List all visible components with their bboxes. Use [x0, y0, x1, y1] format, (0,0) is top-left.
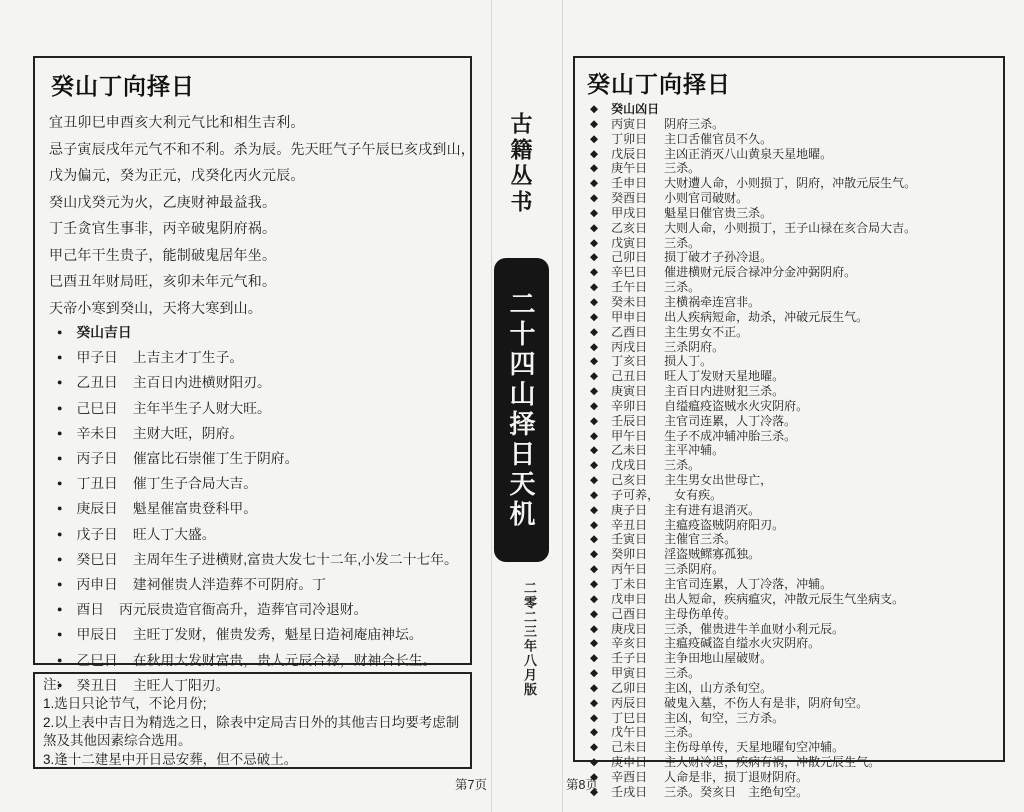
left-page-main-box: 癸山丁向择日 宜丑卯巳申酉亥大利元气比和相生吉利。忌子寅辰戌年元气不和不利。杀为…: [33, 56, 472, 665]
day-description: 三杀。: [664, 459, 700, 473]
day-description: 上吉主才丁生子。: [133, 346, 243, 370]
bullet-icon: ◆: [590, 222, 598, 236]
list-item: ◆己丑日旺人丁发财天星地曜。: [585, 370, 995, 385]
list-item: ●辛未日主财大旺，阴府。: [49, 422, 460, 447]
day-description: 主凶，旬空，三方杀。: [664, 712, 784, 726]
day-name: 壬申日: [611, 177, 649, 191]
bullet-icon: ◆: [590, 103, 598, 117]
list-item: ●丙申日建祠催贵人泮造葬不可阴府。丁: [49, 573, 460, 598]
bullet-icon: ◆: [590, 593, 598, 607]
bullet-icon: ◆: [590, 504, 598, 518]
day-name: 戊午日: [611, 726, 649, 740]
list-item: ◆甲戌日魁星日催官贵三杀。: [585, 207, 995, 222]
bullet-icon: ●: [57, 547, 62, 571]
day-name: 辛卯日: [611, 400, 649, 414]
right-page-title: 癸山丁向择日: [587, 66, 995, 99]
list-item: ◆丁卯日主口舌催官员不久。: [585, 133, 995, 148]
day-description: 三杀。: [664, 667, 700, 681]
day-description: 主有进有退消灭。: [664, 504, 760, 518]
list-item: ◆己亥日主生男女出世母亡，: [585, 474, 995, 489]
day-name: 丙午日: [611, 563, 649, 577]
day-name: 辛未日: [76, 422, 117, 446]
day-description: 旺人丁发财天星地曜。: [664, 370, 784, 384]
day-name: 丁丑日: [76, 472, 117, 496]
day-name: 庚辰日: [76, 497, 117, 521]
day-name: 戊辰日: [611, 148, 649, 162]
day-name: 酉日: [76, 598, 104, 622]
auspicious-days-list: ●癸山吉日●甲子日上吉主才丁生子。●乙丑日主百日内进横财阳刃。●己巳日主年半生子…: [49, 321, 460, 699]
day-description: 主瘟疫盗贼阴府阳刃。: [664, 519, 784, 533]
day-description: 在秋用大发财富贵，贵人元辰合禄，财神合长生。: [133, 649, 437, 673]
bullet-icon: ◆: [590, 237, 598, 251]
day-name: 甲午日: [611, 430, 649, 444]
day-name: 戊寅日: [611, 237, 649, 251]
intro-line: 甲己年干生贵子，能制破鬼居年坐。: [49, 242, 460, 269]
list-item: ●戊子日旺人丁大盛。: [49, 523, 460, 548]
day-description: 损人丁。: [664, 355, 712, 369]
day-name: 辛巳日: [611, 266, 649, 280]
day-description: 主周年生子进横财,富贵大发七十二年,小发二十七年。: [133, 548, 458, 572]
list-header-row: ◆癸山凶日: [585, 103, 995, 118]
day-description: 主凶，山方杀旬空。: [664, 682, 772, 696]
day-description: 小则官司破财。: [664, 192, 748, 206]
list-item: ◆丙午日三杀阴府。: [585, 563, 995, 578]
list-item: ●庚辰日魁星催富贵登科甲。: [49, 497, 460, 522]
day-description: 魁星催富贵登科甲。: [133, 497, 257, 521]
day-description: 出人短命，疾病瘟灾，冲散元辰生气坐病支。: [664, 593, 904, 607]
day-name: 己亥日: [611, 474, 649, 488]
list-item: ●乙丑日主百日内进横财阳刃。: [49, 371, 460, 396]
list-item: ◆戊申日出人短命，疾病瘟灾，冲散元辰生气坐病支。: [585, 593, 995, 608]
day-name: 丁亥日: [611, 355, 649, 369]
inauspicious-days-list: ◆癸山凶日◆丙寅日阴府三杀。◆丁卯日主口舌催官员不久。◆戊辰日主凶正消灭八山黄泉…: [585, 103, 995, 801]
list-item: ◆癸酉日小则官司破财。: [585, 192, 995, 207]
day-name: 丙寅日: [611, 118, 649, 132]
intro-line: 戊为偏元，癸为正元，戊癸化丙火元辰。: [49, 162, 460, 189]
day-description: 魁星日催官贵三杀。: [664, 207, 772, 221]
day-name: 丁未日: [611, 578, 649, 592]
day-name: 甲辰日: [76, 623, 117, 647]
day-name: 己丑日: [611, 370, 649, 384]
bullet-icon: ●: [57, 471, 62, 495]
scanned-book-spread: 癸山丁向择日 宜丑卯巳申酉亥大利元气比和相生吉利。忌子寅辰戌年元气不和不利。杀为…: [0, 0, 1024, 812]
bullet-icon: ◆: [590, 192, 598, 206]
intro-line: 宜丑卯巳申酉亥大利元气比和相生吉利。: [49, 109, 460, 136]
day-description: 三杀。: [664, 162, 700, 176]
day-description: 主争田地山屋破财。: [664, 652, 772, 666]
list-item: ◆庚子日主有进有退消灭。: [585, 504, 995, 519]
day-description: 主财大旺，阴府。: [133, 422, 243, 446]
day-name: 壬寅日: [611, 533, 649, 547]
intro-line: 巳酉丑年财局旺，亥卯未年元气和。: [49, 268, 460, 295]
day-description: 阴府三杀。: [664, 118, 724, 132]
bullet-icon: ◆: [590, 474, 598, 488]
day-description: 三杀。: [664, 237, 700, 251]
day-name: 壬午日: [611, 281, 649, 295]
bullet-icon: ◆: [590, 400, 598, 414]
bullet-icon: ◆: [590, 430, 598, 444]
list-item: ●丁丑日催丁生子合局大吉。: [49, 472, 460, 497]
day-description: 主生男女不正。: [664, 326, 748, 340]
bullet-icon: ◆: [590, 756, 598, 770]
day-description: 三杀。: [664, 281, 700, 295]
day-description: 主生男女出世母亡，: [664, 474, 772, 488]
day-description: 主官司连累，人丁冷落，冲辅。: [664, 578, 832, 592]
day-description: 催丁生子合局大吉。: [133, 472, 257, 496]
list-item: ◆壬子日主争田地山屋破财。: [585, 652, 995, 667]
list-header-row: ●癸山吉日: [49, 321, 460, 346]
day-name: 辛亥日: [611, 637, 649, 651]
list-item: ◆丙戌日三杀阴府。: [585, 341, 995, 356]
day-name: 乙酉日: [611, 326, 649, 340]
day-name: 丙子日: [76, 447, 117, 471]
bullet-icon: ◆: [590, 444, 598, 458]
note-line: 2.以上表中吉日为精选之日，除表中定局吉日外的其他吉日均要考虑制煞及其他因素综合…: [43, 714, 462, 752]
day-name: 壬辰日: [611, 415, 649, 429]
list-item: ◆乙卯日主凶，山方杀旬空。: [585, 682, 995, 697]
bullet-icon: ◆: [590, 533, 598, 547]
day-description: 主百日内进财犯三杀。: [664, 385, 784, 399]
day-description: 淫盗贼鳏寡孤独。: [664, 548, 760, 562]
list-item: ◆己酉日主母伤单传。: [585, 608, 995, 623]
day-name: 癸巳日: [76, 548, 117, 572]
bullet-icon: ●: [57, 345, 62, 369]
page-number-left: 第7页: [455, 775, 487, 793]
day-description: 旺人丁大盛。: [133, 523, 216, 547]
bullet-icon: ◆: [590, 207, 598, 221]
day-description: 自缢瘟疫盗贼水火灾阴府。: [664, 400, 808, 414]
day-name: 丙申日: [76, 573, 117, 597]
day-name: 壬戌日: [611, 786, 649, 800]
day-name: 庚午日: [611, 162, 649, 176]
bullet-icon: ◆: [590, 623, 598, 637]
day-description: 丙元辰贵造官衙高升，造葬官司冷退财。: [119, 598, 367, 622]
bullet-icon: ◆: [590, 281, 598, 295]
day-name: 乙亥日: [611, 222, 649, 236]
left-page-title: 癸山丁向择日: [51, 68, 460, 101]
day-description: 主瘟疫碱盗自缢水火灾阴府。: [664, 637, 820, 651]
day-name: 乙卯日: [611, 682, 649, 696]
list-item: ●乙巳日在秋用大发财富贵，贵人元辰合禄，财神合长生。: [49, 649, 460, 674]
day-description: 三杀。: [664, 726, 700, 740]
day-name: 癸未日: [611, 296, 649, 310]
intro-line: 天帝小寒到癸山，天将大寒到山。: [49, 295, 460, 322]
notes-box: 注: 1.选日只论节气，不论月份;2.以上表中吉日为精选之日，除表中定局吉日外的…: [33, 672, 472, 769]
bullet-icon: ◆: [590, 652, 598, 666]
list-item: ◆癸未日主横祸牵连宫非。: [585, 296, 995, 311]
bullet-icon: ◆: [590, 118, 598, 132]
day-description: 催富比石崇催丁生于阴府。: [133, 447, 299, 471]
bullet-icon: ◆: [590, 548, 598, 562]
day-name: 癸山凶日: [611, 103, 659, 117]
day-description: 主伤母单传，天星地曜旬空冲辅。: [664, 741, 844, 755]
list-item: ◆壬午日三杀。: [585, 281, 995, 296]
spine-book-title: 二十四山择日天机: [503, 290, 540, 530]
day-name: 辛酉日: [611, 771, 649, 785]
day-name: 戊戌日: [611, 459, 649, 473]
day-name: 癸山吉日: [76, 321, 131, 345]
bullet-icon: ◆: [590, 355, 598, 369]
intro-line: 丁壬贪官生事非，丙辛破鬼阴府祸。: [49, 215, 460, 242]
bullet-icon: ◆: [590, 370, 598, 384]
day-description: 大财遭人命，小则损丁，阴府，冲散元辰生气。: [664, 177, 916, 191]
list-item: ◆甲寅日三杀。: [585, 667, 995, 682]
bullet-icon: ●: [57, 522, 62, 546]
bullet-icon: ◆: [590, 311, 598, 325]
page-fold-line: [491, 0, 492, 812]
list-item: ◆辛酉日人命是非，损丁退财阴府。: [585, 771, 995, 786]
bullet-icon: ●: [57, 446, 62, 470]
list-item: ●己巳日主年半生子人财大旺。: [49, 397, 460, 422]
list-item: ◆丁亥日损人丁。: [585, 355, 995, 370]
bullet-icon: ◆: [590, 489, 598, 503]
notes-lines: 1.选日只论节气，不论月份;2.以上表中吉日为精选之日，除表中定局吉日外的其他吉…: [43, 695, 462, 770]
page-fold-line: [562, 0, 563, 812]
list-item: ◆甲申日出人疾病短命，劫杀，冲破元辰生气。: [585, 311, 995, 326]
list-item: ◆庚午日三杀。: [585, 162, 995, 177]
day-name: 丙戌日: [611, 341, 649, 355]
bullet-icon: ◆: [590, 251, 598, 265]
list-item: ◆辛卯日自缢瘟疫盗贼水火灾阴府。: [585, 400, 995, 415]
bullet-icon: ●: [57, 648, 62, 672]
day-description: 主人财冷退，疾病有祸，冲散元辰生气。: [664, 756, 880, 770]
day-description: 主催官三杀。: [664, 533, 736, 547]
day-name: 辛丑日: [611, 519, 649, 533]
list-item: ●癸巳日主周年生子进横财,富贵大发七十二年,小发二十七年。: [49, 548, 460, 573]
bullet-icon: ◆: [590, 296, 598, 310]
list-item: ◆壬寅日主催官三杀。: [585, 533, 995, 548]
bullet-icon: ◆: [590, 682, 598, 696]
bullet-icon: ◆: [590, 519, 598, 533]
bullet-icon: ◆: [590, 712, 598, 726]
page-number-right: 第8页: [566, 775, 598, 793]
bullet-icon: ◆: [590, 637, 598, 651]
day-name: 庚戌日: [611, 623, 649, 637]
bullet-icon: ◆: [590, 266, 598, 280]
day-name: 己巳日: [76, 397, 117, 421]
intro-line: 癸山戊癸元为火，乙庚财神最益我。: [49, 189, 460, 216]
day-name: 子可养，: [611, 489, 659, 503]
list-item: ●丙子日催富比石崇催丁生于阴府。: [49, 447, 460, 472]
day-name: 己酉日: [611, 608, 649, 622]
note-line: 1.选日只论节气，不论月份;: [43, 695, 462, 714]
list-item: ◆丙辰日破鬼入墓，不伤人有是非，阴府旬空。: [585, 697, 995, 712]
list-item: ●酉日丙元辰贵造官衙高升，造葬官司冷退财。: [49, 598, 460, 623]
notes-label: 注:: [43, 676, 462, 695]
list-item: ◆辛亥日主瘟疫碱盗自缢水火灾阴府。: [585, 637, 995, 652]
day-description: 主口舌催官员不久。: [664, 133, 772, 147]
day-name: 癸卯日: [611, 548, 649, 562]
list-item: ◆壬戌日三杀。癸亥日 主绝旬空。: [585, 786, 995, 801]
bullet-icon: ◆: [590, 385, 598, 399]
day-name: 壬子日: [611, 652, 649, 666]
bullet-icon: ◆: [590, 326, 598, 340]
day-name: 己卯日: [611, 251, 649, 265]
bullet-icon: ◆: [590, 459, 598, 473]
bullet-icon: ◆: [590, 162, 598, 176]
list-item: ◆庚寅日主百日内进财犯三杀。: [585, 385, 995, 400]
day-name: 丁巳日: [611, 712, 649, 726]
bullet-icon: ◆: [590, 341, 598, 355]
bullet-icon: ●: [57, 396, 62, 420]
bullet-icon: ◆: [590, 697, 598, 711]
note-line: 3.逢十二建星中开日忌安葬，但不忌破土。: [43, 751, 462, 770]
intro-line: 忌子寅辰戌年元气不和不利。杀为辰。先天旺气子午辰巳亥戌到山，: [49, 136, 460, 163]
day-name: 己未日: [611, 741, 649, 755]
day-name: 甲子日: [76, 346, 117, 370]
day-name: 癸酉日: [611, 192, 649, 206]
bullet-icon: ●: [57, 421, 62, 445]
day-name: 庚申日: [611, 756, 649, 770]
intro-paragraphs: 宜丑卯巳申酉亥大利元气比和相生吉利。忌子寅辰戌年元气不和不利。杀为辰。先天旺气子…: [49, 109, 460, 321]
bullet-icon: ◆: [590, 578, 598, 592]
day-name: 乙丑日: [76, 371, 117, 395]
day-description: 主平冲辅。: [664, 444, 724, 458]
day-name: 丁卯日: [611, 133, 649, 147]
bullet-icon: ◆: [590, 608, 598, 622]
day-description: 三杀。癸亥日 主绝旬空。: [664, 786, 808, 800]
bullet-icon: ◆: [590, 133, 598, 147]
day-description: 损丁破才子孙冷退。: [664, 251, 772, 265]
list-item: ◆乙酉日主生男女不正。: [585, 326, 995, 341]
list-item: ◆丙寅日阴府三杀。: [585, 118, 995, 133]
day-description: 出人疾病短命，劫杀，冲破元辰生气。: [664, 311, 868, 325]
bullet-icon: ◆: [590, 667, 598, 681]
day-description: 主年半生子人财大旺。: [133, 397, 271, 421]
list-item: ●甲子日上吉主才丁生子。: [49, 346, 460, 371]
bullet-icon: ◆: [590, 415, 598, 429]
day-name: 甲寅日: [611, 667, 649, 681]
spine-edition-date: 二零二三年八月版: [520, 581, 539, 697]
bullet-icon: ●: [57, 622, 62, 646]
bullet-icon: ◆: [590, 563, 598, 577]
list-item: ●甲辰日主旺丁发财，催贵发秀，魁星日造祠庵庙神坛。: [49, 623, 460, 648]
list-item: ◆壬申日大财遭人命，小则损丁，阴府，冲散元辰生气。: [585, 177, 995, 192]
day-description: 三杀，催贵进牛羊血财小利元辰。: [664, 623, 844, 637]
day-description: 主母伤单传。: [664, 608, 736, 622]
day-description: 催进横财元辰合禄冲分金冲弼阴府。: [664, 266, 856, 280]
day-description: 主横祸牵连宫非。: [664, 296, 760, 310]
bullet-icon: ◆: [590, 148, 598, 162]
day-description: 主凶正消灭八山黄泉天星地曜。: [664, 148, 832, 162]
day-description: 主旺丁发财，催贵发秀，魁星日造祠庵庙神坛。: [133, 623, 423, 647]
bullet-icon: ◆: [590, 726, 598, 740]
day-description: 破鬼入墓，不伤人有是非，阴府旬空。: [664, 697, 868, 711]
day-name: 戊申日: [611, 593, 649, 607]
day-description: 三杀阴府。: [664, 341, 724, 355]
list-item: ◆庚申日主人财冷退，疾病有祸，冲散元辰生气。: [585, 756, 995, 771]
bullet-icon: ◆: [590, 741, 598, 755]
day-description: 建祠催贵人泮造葬不可阴府。丁: [133, 573, 326, 597]
bullet-icon: ●: [57, 320, 62, 344]
list-item: ◆癸卯日淫盗贼鳏寡孤独。: [585, 548, 995, 563]
day-name: 戊子日: [76, 523, 117, 547]
day-description: 大则人命，小则损丁，王子山禄在亥合局大吉。: [664, 222, 916, 236]
day-name: 甲申日: [611, 311, 649, 325]
spine-title-block: 二十四山择日天机: [494, 258, 549, 562]
list-item: ◆子可养，女有疾。: [585, 489, 995, 504]
list-item: ◆戊戌日三杀。: [585, 459, 995, 474]
day-description: 三杀阴府。: [664, 563, 724, 577]
bullet-icon: ●: [57, 496, 62, 520]
day-description: 生子不成冲辅冲胎三杀。: [664, 430, 796, 444]
right-page-main-box: 癸山丁向择日 ◆癸山凶日◆丙寅日阴府三杀。◆丁卯日主口舌催官员不久。◆戊辰日主凶…: [573, 56, 1005, 762]
bullet-icon: ◆: [590, 177, 598, 191]
day-description: 女有疾。: [674, 489, 722, 503]
day-description: 主官司连累，人丁冷落。: [664, 415, 796, 429]
spine-series-title: 古籍丛书: [505, 112, 536, 216]
bullet-icon: ●: [57, 370, 62, 394]
day-name: 乙未日: [611, 444, 649, 458]
day-description: 主百日内进横财阳刃。: [133, 371, 271, 395]
bullet-icon: ●: [57, 572, 62, 596]
list-item: ◆己未日主伤母单传，天星地曜旬空冲辅。: [585, 741, 995, 756]
day-name: 庚寅日: [611, 385, 649, 399]
list-item: ◆乙亥日大则人命，小则损丁，王子山禄在亥合局大吉。: [585, 222, 995, 237]
day-description: 人命是非，损丁退财阴府。: [664, 771, 808, 785]
day-name: 庚子日: [611, 504, 649, 518]
day-name: 乙巳日: [76, 649, 117, 673]
day-name: 丙辰日: [611, 697, 649, 711]
list-item: ◆辛巳日催进横财元辰合禄冲分金冲弼阴府。: [585, 266, 995, 281]
day-name: 甲戌日: [611, 207, 649, 221]
list-item: ◆丁未日主官司连累，人丁冷落，冲辅。: [585, 578, 995, 593]
list-item: ◆戊寅日三杀。: [585, 237, 995, 252]
list-item: ◆壬辰日主官司连累，人丁冷落。: [585, 415, 995, 430]
bullet-icon: ●: [57, 597, 62, 621]
